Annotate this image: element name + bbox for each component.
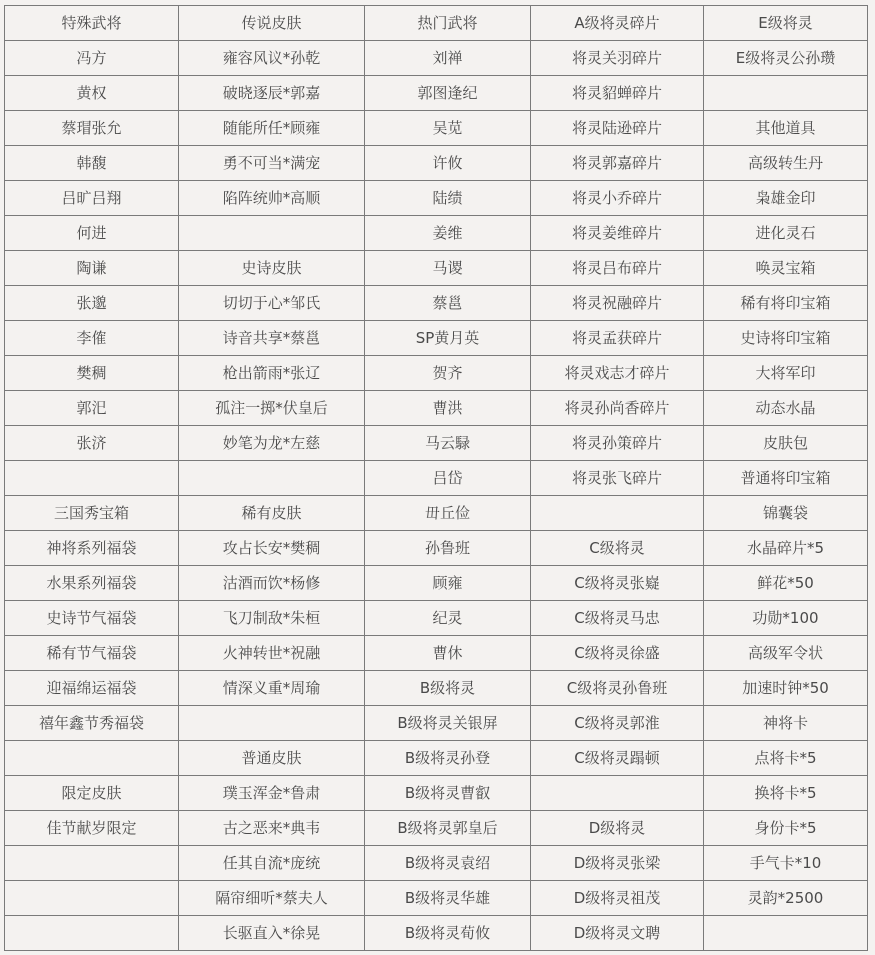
cell-special-general: 郭汜 xyxy=(5,391,179,426)
reward-list-container: 特殊武将传说皮肤热门武将A级将灵碎片E级将灵冯方雍容风议*孙乾刘禅将灵关羽碎片E… xyxy=(4,5,868,951)
table-row: 蔡瑁张允随能所任*顾雍吴苋将灵陆逊碎片其他道具 xyxy=(5,111,868,146)
cell-skin: 破晓逐辰*郭嘉 xyxy=(179,76,365,111)
cell-hot-general: 贺齐 xyxy=(365,356,531,391)
reward-table: 特殊武将传说皮肤热门武将A级将灵碎片E级将灵冯方雍容风议*孙乾刘禅将灵关羽碎片E… xyxy=(4,5,868,951)
table-row: 李傕诗音共享*蔡邕SP黄月英将灵孟获碎片史诗将印宝箱 xyxy=(5,321,868,356)
cell-item xyxy=(704,916,868,951)
cell-spirit: C级将灵 xyxy=(531,531,704,566)
table-row: 张邈切切于心*邹氏蔡邕将灵祝融碎片稀有将印宝箱 xyxy=(5,286,868,321)
cell-spirit: D级将灵 xyxy=(531,811,704,846)
cell-hot-general: 顾雍 xyxy=(365,566,531,601)
header-cell-skin: 传说皮肤 xyxy=(179,6,365,41)
cell-spirit: 将灵孙尚香碎片 xyxy=(531,391,704,426)
cell-special-general: 李傕 xyxy=(5,321,179,356)
cell-item: 枭雄金印 xyxy=(704,181,868,216)
table-row: 普通皮肤B级将灵孙登C级将灵蹋顿点将卡*5 xyxy=(5,741,868,776)
table-row: 陶谦史诗皮肤马谡将灵吕布碎片唤灵宝箱 xyxy=(5,251,868,286)
cell-special-general xyxy=(5,461,179,496)
cell-hot-general: 蔡邕 xyxy=(365,286,531,321)
cell-special-general: 神将系列福袋 xyxy=(5,531,179,566)
cell-hot-general: 姜维 xyxy=(365,216,531,251)
cell-skin: 枪出箭雨*张辽 xyxy=(179,356,365,391)
cell-hot-general: 吴苋 xyxy=(365,111,531,146)
cell-item: 灵韵*2500 xyxy=(704,881,868,916)
cell-hot-general: 曹休 xyxy=(365,636,531,671)
cell-skin: 史诗皮肤 xyxy=(179,251,365,286)
table-row: 黄权破晓逐辰*郭嘉郭图逢纪将灵貂蝉碎片 xyxy=(5,76,868,111)
cell-skin: 孤注一掷*伏皇后 xyxy=(179,391,365,426)
table-row: 稀有节气福袋火神转世*祝融曹休C级将灵徐盛高级军令状 xyxy=(5,636,868,671)
cell-skin: 诗音共享*蔡邕 xyxy=(179,321,365,356)
cell-hot-general: 陆绩 xyxy=(365,181,531,216)
reward-table-body: 特殊武将传说皮肤热门武将A级将灵碎片E级将灵冯方雍容风议*孙乾刘禅将灵关羽碎片E… xyxy=(5,6,868,951)
cell-skin: 飞刀制敌*朱桓 xyxy=(179,601,365,636)
cell-hot-general: 孙鲁班 xyxy=(365,531,531,566)
cell-skin: 火神转世*祝融 xyxy=(179,636,365,671)
cell-spirit: C级将灵孙鲁班 xyxy=(531,671,704,706)
cell-item: 唤灵宝箱 xyxy=(704,251,868,286)
cell-hot-general: 马谡 xyxy=(365,251,531,286)
cell-item: 换将卡*5 xyxy=(704,776,868,811)
cell-spirit: 将灵吕布碎片 xyxy=(531,251,704,286)
cell-spirit: 将灵张飞碎片 xyxy=(531,461,704,496)
cell-skin: 妙笔为龙*左慈 xyxy=(179,426,365,461)
cell-skin: 任其自流*庞统 xyxy=(179,846,365,881)
cell-skin: 随能所任*顾雍 xyxy=(179,111,365,146)
header-cell-item: E级将灵 xyxy=(704,6,868,41)
cell-item: 手气卡*10 xyxy=(704,846,868,881)
cell-skin: 稀有皮肤 xyxy=(179,496,365,531)
cell-hot-general: B级将灵关银屏 xyxy=(365,706,531,741)
table-row: 吕旷吕翔陷阵统帅*高顺陆绩将灵小乔碎片枭雄金印 xyxy=(5,181,868,216)
cell-hot-general: 郭图逢纪 xyxy=(365,76,531,111)
cell-special-general: 张济 xyxy=(5,426,179,461)
cell-hot-general: B级将灵曹叡 xyxy=(365,776,531,811)
cell-special-general xyxy=(5,881,179,916)
table-row: 佳节献岁限定古之恶来*典韦B级将灵郭皇后D级将灵身份卡*5 xyxy=(5,811,868,846)
cell-hot-general: B级将灵 xyxy=(365,671,531,706)
cell-skin: 普通皮肤 xyxy=(179,741,365,776)
cell-item: 普通将印宝箱 xyxy=(704,461,868,496)
cell-item: 进化灵石 xyxy=(704,216,868,251)
cell-hot-general: SP黄月英 xyxy=(365,321,531,356)
cell-item: 加速时钟*50 xyxy=(704,671,868,706)
cell-skin: 隔帘细听*蔡夫人 xyxy=(179,881,365,916)
cell-item: 锦囊袋 xyxy=(704,496,868,531)
cell-hot-general: 曹洪 xyxy=(365,391,531,426)
cell-special-general: 韩馥 xyxy=(5,146,179,181)
header-cell-hot-general: 热门武将 xyxy=(365,6,531,41)
cell-special-general: 佳节献岁限定 xyxy=(5,811,179,846)
cell-spirit: 将灵戏志才碎片 xyxy=(531,356,704,391)
cell-special-general: 迎福绵运福袋 xyxy=(5,671,179,706)
cell-skin: 长驱直入*徐晃 xyxy=(179,916,365,951)
cell-hot-general: 许攸 xyxy=(365,146,531,181)
cell-skin: 攻占长安*樊稠 xyxy=(179,531,365,566)
table-row: 长驱直入*徐晃B级将灵荀攸D级将灵文聘 xyxy=(5,916,868,951)
table-row: 郭汜孤注一掷*伏皇后曹洪将灵孙尚香碎片动态水晶 xyxy=(5,391,868,426)
cell-hot-general: B级将灵荀攸 xyxy=(365,916,531,951)
cell-hot-general: B级将灵郭皇后 xyxy=(365,811,531,846)
cell-special-general: 樊稠 xyxy=(5,356,179,391)
cell-special-general: 禧年鑫节秀福袋 xyxy=(5,706,179,741)
cell-special-general xyxy=(5,741,179,776)
cell-skin: 切切于心*邹氏 xyxy=(179,286,365,321)
table-row: 冯方雍容风议*孙乾刘禅将灵关羽碎片E级将灵公孙瓒 xyxy=(5,41,868,76)
cell-special-general: 史诗节气福袋 xyxy=(5,601,179,636)
cell-hot-general: 毌丘俭 xyxy=(365,496,531,531)
table-row: 神将系列福袋攻占长安*樊稠孙鲁班C级将灵水晶碎片*5 xyxy=(5,531,868,566)
cell-spirit: 将灵祝融碎片 xyxy=(531,286,704,321)
cell-spirit: 将灵孙策碎片 xyxy=(531,426,704,461)
cell-spirit: 将灵姜维碎片 xyxy=(531,216,704,251)
cell-skin: 璞玉浑金*鲁肃 xyxy=(179,776,365,811)
table-row: 迎福绵运福袋情深义重*周瑜B级将灵C级将灵孙鲁班加速时钟*50 xyxy=(5,671,868,706)
cell-spirit: C级将灵郭淮 xyxy=(531,706,704,741)
cell-item: 神将卡 xyxy=(704,706,868,741)
table-header-row: 特殊武将传说皮肤热门武将A级将灵碎片E级将灵 xyxy=(5,6,868,41)
table-row: 韩馥勇不可当*满宠许攸将灵郭嘉碎片高级转生丹 xyxy=(5,146,868,181)
cell-spirit: C级将灵徐盛 xyxy=(531,636,704,671)
cell-item: E级将灵公孙瓒 xyxy=(704,41,868,76)
cell-item: 鲜花*50 xyxy=(704,566,868,601)
table-row: 史诗节气福袋飞刀制敌*朱桓纪灵C级将灵马忠功勋*100 xyxy=(5,601,868,636)
cell-item: 其他道具 xyxy=(704,111,868,146)
cell-special-general: 吕旷吕翔 xyxy=(5,181,179,216)
cell-item: 史诗将印宝箱 xyxy=(704,321,868,356)
cell-item: 点将卡*5 xyxy=(704,741,868,776)
table-row: 吕岱将灵张飞碎片普通将印宝箱 xyxy=(5,461,868,496)
cell-hot-general: 纪灵 xyxy=(365,601,531,636)
cell-hot-general: B级将灵华雄 xyxy=(365,881,531,916)
cell-spirit xyxy=(531,776,704,811)
cell-item: 水晶碎片*5 xyxy=(704,531,868,566)
cell-special-general xyxy=(5,846,179,881)
cell-skin: 情深义重*周瑜 xyxy=(179,671,365,706)
cell-special-general: 蔡瑁张允 xyxy=(5,111,179,146)
cell-spirit: 将灵孟获碎片 xyxy=(531,321,704,356)
table-row: 三国秀宝箱稀有皮肤毌丘俭锦囊袋 xyxy=(5,496,868,531)
table-row: 隔帘细听*蔡夫人B级将灵华雄D级将灵祖茂灵韵*2500 xyxy=(5,881,868,916)
cell-hot-general: 刘禅 xyxy=(365,41,531,76)
table-row: 任其自流*庞统B级将灵袁绍D级将灵张梁手气卡*10 xyxy=(5,846,868,881)
header-cell-special-general: 特殊武将 xyxy=(5,6,179,41)
cell-item xyxy=(704,76,868,111)
cell-special-general: 黄权 xyxy=(5,76,179,111)
cell-special-general: 冯方 xyxy=(5,41,179,76)
cell-special-general: 陶谦 xyxy=(5,251,179,286)
cell-skin: 勇不可当*满宠 xyxy=(179,146,365,181)
cell-spirit: 将灵貂蝉碎片 xyxy=(531,76,704,111)
cell-skin: 古之恶来*典韦 xyxy=(179,811,365,846)
cell-spirit: C级将灵马忠 xyxy=(531,601,704,636)
cell-hot-general: B级将灵孙登 xyxy=(365,741,531,776)
table-row: 限定皮肤璞玉浑金*鲁肃B级将灵曹叡换将卡*5 xyxy=(5,776,868,811)
cell-spirit: D级将灵祖茂 xyxy=(531,881,704,916)
cell-special-general: 三国秀宝箱 xyxy=(5,496,179,531)
cell-skin: 陷阵统帅*高顺 xyxy=(179,181,365,216)
cell-item: 稀有将印宝箱 xyxy=(704,286,868,321)
cell-item: 身份卡*5 xyxy=(704,811,868,846)
table-row: 张济妙笔为龙*左慈马云騄将灵孙策碎片皮肤包 xyxy=(5,426,868,461)
cell-spirit xyxy=(531,496,704,531)
cell-special-general: 稀有节气福袋 xyxy=(5,636,179,671)
header-cell-spirit: A级将灵碎片 xyxy=(531,6,704,41)
cell-hot-general: 马云騄 xyxy=(365,426,531,461)
cell-item: 皮肤包 xyxy=(704,426,868,461)
table-row: 禧年鑫节秀福袋B级将灵关银屏C级将灵郭淮神将卡 xyxy=(5,706,868,741)
cell-special-general: 张邈 xyxy=(5,286,179,321)
table-row: 何进姜维将灵姜维碎片进化灵石 xyxy=(5,216,868,251)
cell-spirit: C级将灵蹋顿 xyxy=(531,741,704,776)
cell-special-general: 限定皮肤 xyxy=(5,776,179,811)
cell-hot-general: 吕岱 xyxy=(365,461,531,496)
cell-hot-general: B级将灵袁绍 xyxy=(365,846,531,881)
cell-spirit: C级将灵张嶷 xyxy=(531,566,704,601)
table-row: 樊稠枪出箭雨*张辽贺齐将灵戏志才碎片大将军印 xyxy=(5,356,868,391)
cell-skin: 雍容风议*孙乾 xyxy=(179,41,365,76)
cell-special-general: 水果系列福袋 xyxy=(5,566,179,601)
cell-special-general xyxy=(5,916,179,951)
cell-item: 大将军印 xyxy=(704,356,868,391)
cell-spirit: D级将灵张梁 xyxy=(531,846,704,881)
cell-spirit: 将灵陆逊碎片 xyxy=(531,111,704,146)
cell-item: 高级军令状 xyxy=(704,636,868,671)
cell-spirit: 将灵关羽碎片 xyxy=(531,41,704,76)
cell-skin: 沽酒而饮*杨修 xyxy=(179,566,365,601)
cell-skin xyxy=(179,216,365,251)
cell-item: 高级转生丹 xyxy=(704,146,868,181)
cell-skin xyxy=(179,461,365,496)
cell-special-general: 何进 xyxy=(5,216,179,251)
cell-spirit: 将灵郭嘉碎片 xyxy=(531,146,704,181)
cell-item: 动态水晶 xyxy=(704,391,868,426)
cell-spirit: D级将灵文聘 xyxy=(531,916,704,951)
cell-spirit: 将灵小乔碎片 xyxy=(531,181,704,216)
table-row: 水果系列福袋沽酒而饮*杨修顾雍C级将灵张嶷鲜花*50 xyxy=(5,566,868,601)
cell-skin xyxy=(179,706,365,741)
cell-item: 功勋*100 xyxy=(704,601,868,636)
